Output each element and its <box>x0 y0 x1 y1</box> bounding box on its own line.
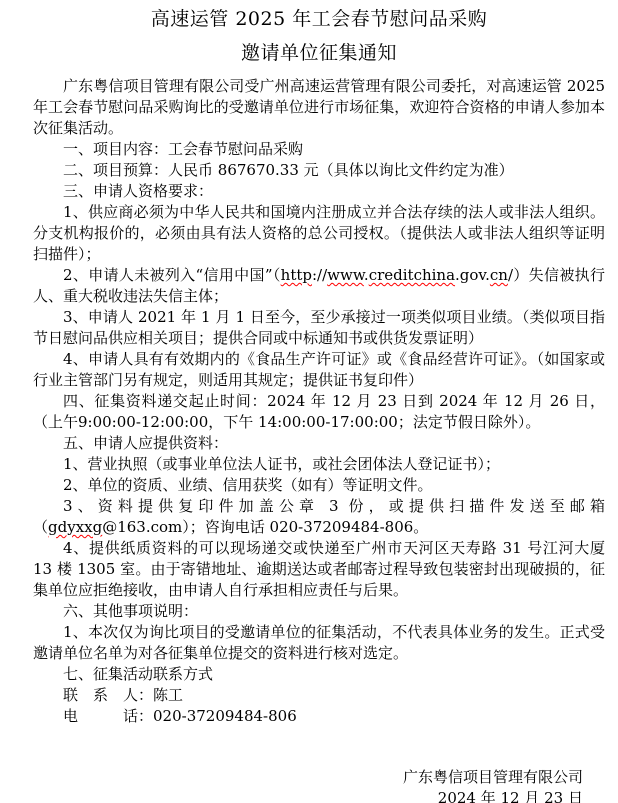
paragraph-section-7-contact: 七、征集活动联系方式 <box>33 664 605 685</box>
paragraph-item-3-3: 3、申请人 2021 年 1 月 1 日至今，至少承接过一项类似项目业绩。（类似… <box>33 307 605 349</box>
paragraph-intro: 广东粤信项目管理有限公司受广州高速运营管理有限公司委托，对高速运管 2025 年… <box>33 76 605 139</box>
signature-date: 2024 年 12 月 23 日 <box>33 788 583 803</box>
doc-title: 高速运管 2025 年工会春节慰问品采购 <box>33 6 605 33</box>
paragraph-contact-person: 联 系 人：陈工 <box>33 685 605 706</box>
paragraph-section-2-budget: 二、项目预算：人民币 867670.33 元（具体以询比文件约定为准） <box>33 160 605 181</box>
spellcheck-text: cn <box>490 266 508 284</box>
text-run: 联 系 人：陈工 <box>63 686 183 704</box>
paragraph-section-5-materials: 五、申请人应提供资料： <box>33 433 605 454</box>
text-run: 1、本次仅为询比项目的受邀请单位的征集活动，不代表具体业务的发生。正式受邀请单位… <box>33 623 605 662</box>
signature-block: 广东粤信项目管理有限公司 2024 年 12 月 23 日 <box>33 767 605 803</box>
text-run: 五、申请人应提供资料： <box>63 434 228 452</box>
paragraph-section-3-qualification: 三、申请人资格要求： <box>33 181 605 202</box>
spellcheck-text: creditchina <box>369 266 455 284</box>
paragraph-section-4-deadline: 四、征集资料递交起止时间：2024 年 12 月 23 日到 2024 年 12… <box>33 391 605 433</box>
paragraph-item-5-1: 1、营业执照（或事业单位法人证书，或社会团体法人登记证书）； <box>33 454 605 475</box>
text-run: 二、项目预算：人民币 867670.33 元（具体以询比文件约定为准） <box>63 161 514 179</box>
text-run: @163.com）；咨询电话 020-37209484-806。 <box>102 518 428 536</box>
text-run: 七、征集活动联系方式 <box>63 665 213 683</box>
paragraph-item-5-3: 3、资料提供复印件加盖公章 3 份，或提供扫描件发送至邮箱（gdyxxg@163… <box>33 496 605 538</box>
spellcheck-text: gdyxxg <box>48 518 102 536</box>
text-run: 电 话：020-37209484-806 <box>63 707 297 725</box>
paragraph-item-5-4: 4、提供纸质资料的可以现场递交或快递至广州市天河区天寿路 31 号江河大厦 13… <box>33 538 605 601</box>
text-run: 六、其他事项说明： <box>63 602 198 620</box>
paragraph-item-5-2: 2、单位的资质、业绩、信用获奖（如有）等证明文件。 <box>33 475 605 496</box>
text-run: 4、提供纸质资料的可以现场递交或快递至广州市天河区天寿路 31 号江河大厦 13… <box>33 539 605 599</box>
text-run: 1、供应商必须为中华人民共和国境内注册成立并合法存续的法人或非法人组织。分支机构… <box>33 203 605 263</box>
spellcheck-text: http <box>281 266 312 284</box>
doc-subtitle: 邀请单位征集通知 <box>33 40 605 67</box>
text-run: 三、申请人资格要求： <box>63 182 213 200</box>
text-run: 2、单位的资质、业绩、信用获奖（如有）等证明文件。 <box>63 476 433 494</box>
text-run: 3、申请人 2021 年 1 月 1 日至今，至少承接过一项类似项目业绩。（类似… <box>33 308 605 347</box>
text-run: 1、营业执照（或事业单位法人证书，或社会团体法人登记证书）； <box>63 455 500 473</box>
text-run: 广东粤信项目管理有限公司受广州高速运营管理有限公司委托，对高速运管 2025 年… <box>33 77 605 137</box>
signature-company: 广东粤信项目管理有限公司 <box>33 767 583 788</box>
spellcheck-text: www <box>327 266 364 284</box>
text-run: 四、征集资料递交起止时间：2024 年 12 月 23 日到 2024 年 12… <box>33 392 605 431</box>
text-run: 4、申请人具有有效期内的《食品生产许可证》或《食品经营许可证》。（如国家或行业主… <box>33 350 605 389</box>
text-run: :// <box>312 266 327 284</box>
paragraph-item-6-1: 1、本次仅为询比项目的受邀请单位的征集活动，不代表具体业务的发生。正式受邀请单位… <box>33 622 605 664</box>
doc-body: 广东粤信项目管理有限公司受广州高速运营管理有限公司委托，对高速运管 2025 年… <box>33 76 605 727</box>
paragraph-item-3-2: 2、申请人未被列入“信用中国”（http://www.creditchina.g… <box>33 265 605 307</box>
text-run: 2、申请人未被列入“信用中国”（ <box>63 266 281 284</box>
paragraph-item-3-1: 1、供应商必须为中华人民共和国境内注册成立并合法存续的法人或非法人组织。分支机构… <box>33 202 605 265</box>
paragraph-section-1-content: 一、项目内容：工会春节慰问品采购 <box>33 139 605 160</box>
paragraph-section-6-other: 六、其他事项说明： <box>33 601 605 622</box>
text-run: .gov. <box>455 266 490 284</box>
text-run: 一、项目内容：工会春节慰问品采购 <box>63 140 303 158</box>
paragraph-contact-phone: 电 话：020-37209484-806 <box>33 706 605 727</box>
paragraph-item-3-4: 4、申请人具有有效期内的《食品生产许可证》或《食品经营许可证》。（如国家或行业主… <box>33 349 605 391</box>
document-page: 高速运管 2025 年工会春节慰问品采购 邀请单位征集通知 广东粤信项目管理有限… <box>0 0 618 803</box>
